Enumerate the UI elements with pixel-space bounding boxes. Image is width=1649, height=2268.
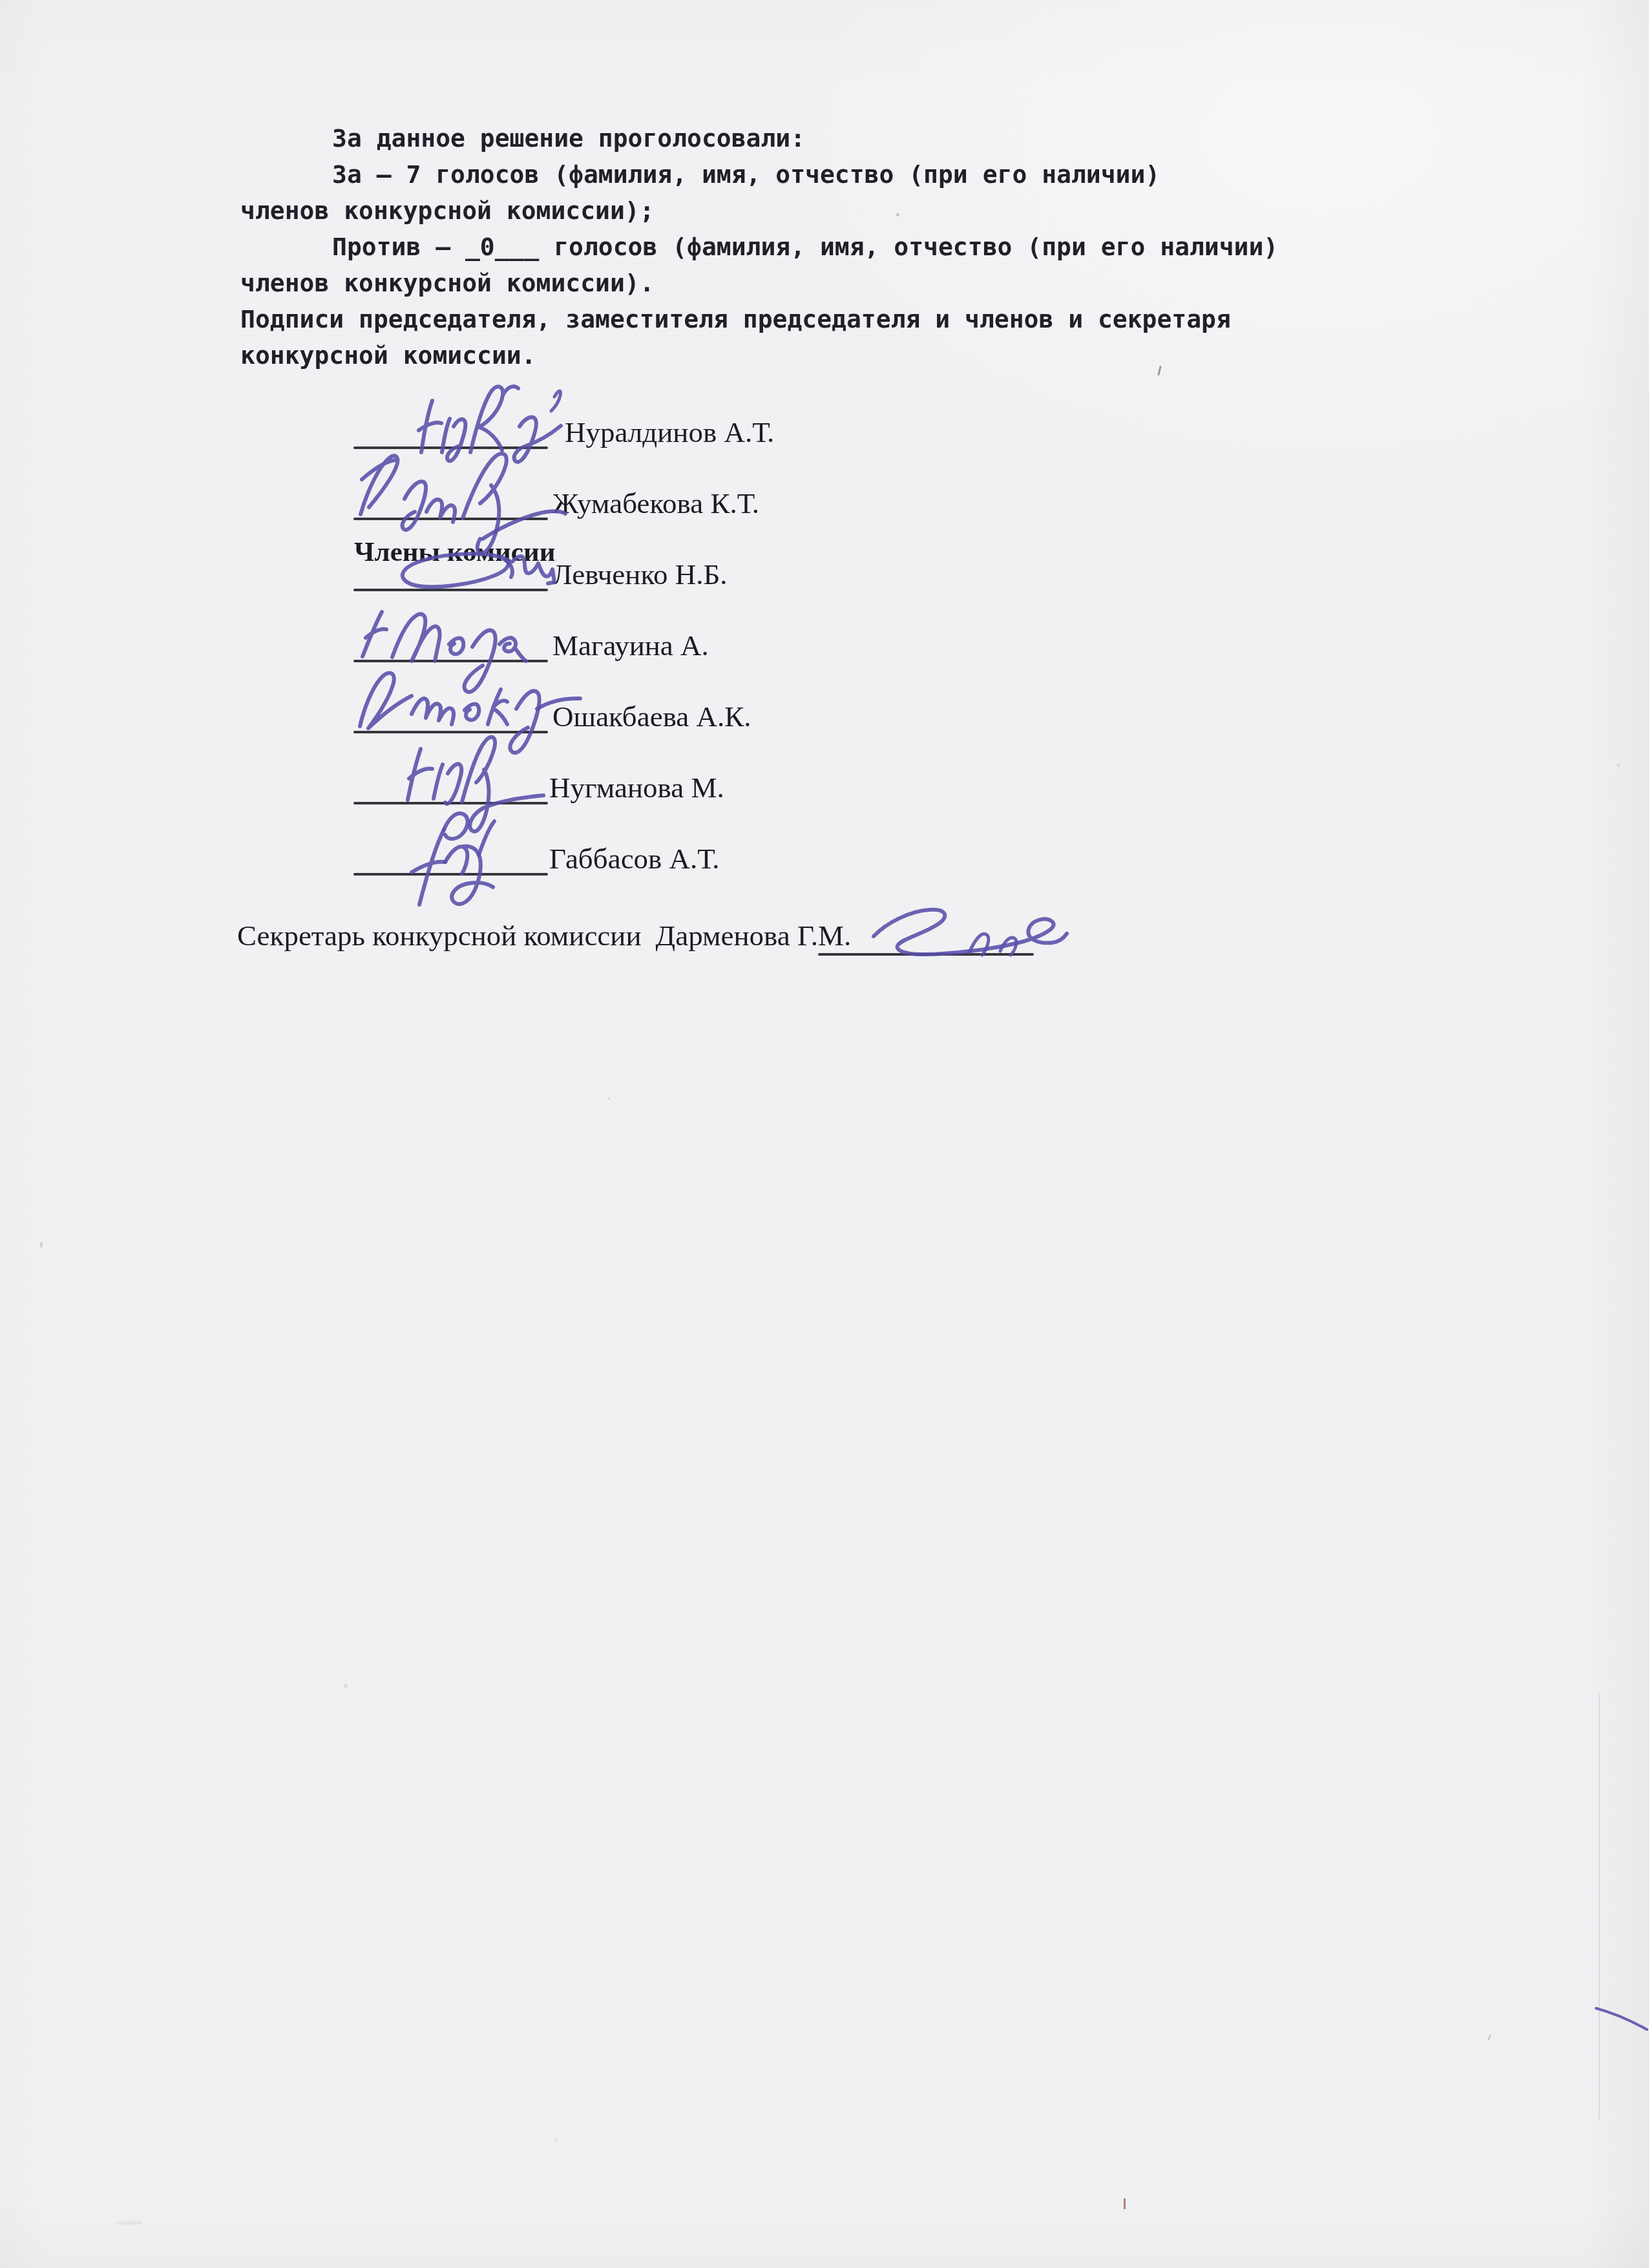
signature-ink-gabbasov [412, 814, 494, 905]
signer-name: Магауина А. [552, 631, 709, 660]
scan-artifact [896, 213, 899, 216]
signature-line [353, 731, 548, 733]
signature-line [353, 802, 548, 804]
signer-name: Нугманова М. [549, 773, 724, 803]
body-line: членов конкурсной комиссии); [240, 193, 1352, 229]
secretary-label: Секретарь конкурсной комиссии [237, 919, 642, 952]
signature-ink-nuraldinov [419, 386, 561, 462]
signer-name: Жумабекова К.Т. [552, 489, 759, 518]
signature-line [353, 873, 548, 876]
voting-results-paragraph: За данное решение проголосовали: За – 7 … [240, 120, 1352, 373]
signer-name: Нуралдинов А.Т. [565, 418, 774, 447]
body-line: Против – _0___ голосов (фамилия, имя, от… [240, 229, 1352, 265]
signature-line [353, 518, 548, 520]
signature-ink-darmenova [874, 910, 1067, 955]
paper-fold-line [1599, 1693, 1600, 2119]
body-line: конкурсной комиссии. [240, 337, 1352, 373]
signer-name: Ошакбаева А.К. [552, 702, 751, 731]
secretary-name: Дарменова Г.М. [656, 919, 852, 952]
scan-artifact [40, 1242, 43, 1248]
scan-artifact [1487, 2034, 1491, 2041]
signature-ink-nugmanova [408, 737, 543, 832]
commission-members-label: Члены комисии [354, 538, 555, 566]
body-line: членов конкурсной комиссии). [240, 265, 1352, 301]
scan-artifact [607, 1097, 610, 1100]
scan-artifact [554, 2139, 558, 2142]
secretary-row: Секретарь конкурсной комиссииДарменова Г… [237, 921, 851, 954]
signature-line [353, 589, 548, 591]
scanned-document-page: { "document": { "paper_color": "#f1f1f3"… [0, 0, 1649, 2268]
signature-line [353, 446, 548, 449]
signer-name: Габбасов А.Т. [549, 845, 720, 874]
scan-artifact [116, 2221, 142, 2225]
body-line: За – 7 голосов (фамилия, имя, отчество (… [240, 156, 1352, 193]
signature-ink-oshakbaeva [360, 673, 580, 753]
stray-ink-mark [1596, 2008, 1647, 2030]
secretary-signature-line [818, 953, 1034, 956]
body-line: Подписи председателя, заместителя предсе… [240, 301, 1352, 337]
scan-artifact [1617, 764, 1620, 767]
signature-line [353, 660, 548, 662]
body-line: За данное решение проголосовали: [240, 120, 1352, 156]
scan-artifact [344, 1684, 348, 1688]
signer-name: Левченко Н.Б. [552, 560, 728, 589]
signature-ink-magauina [362, 612, 526, 692]
scan-artifact [1124, 2198, 1126, 2209]
